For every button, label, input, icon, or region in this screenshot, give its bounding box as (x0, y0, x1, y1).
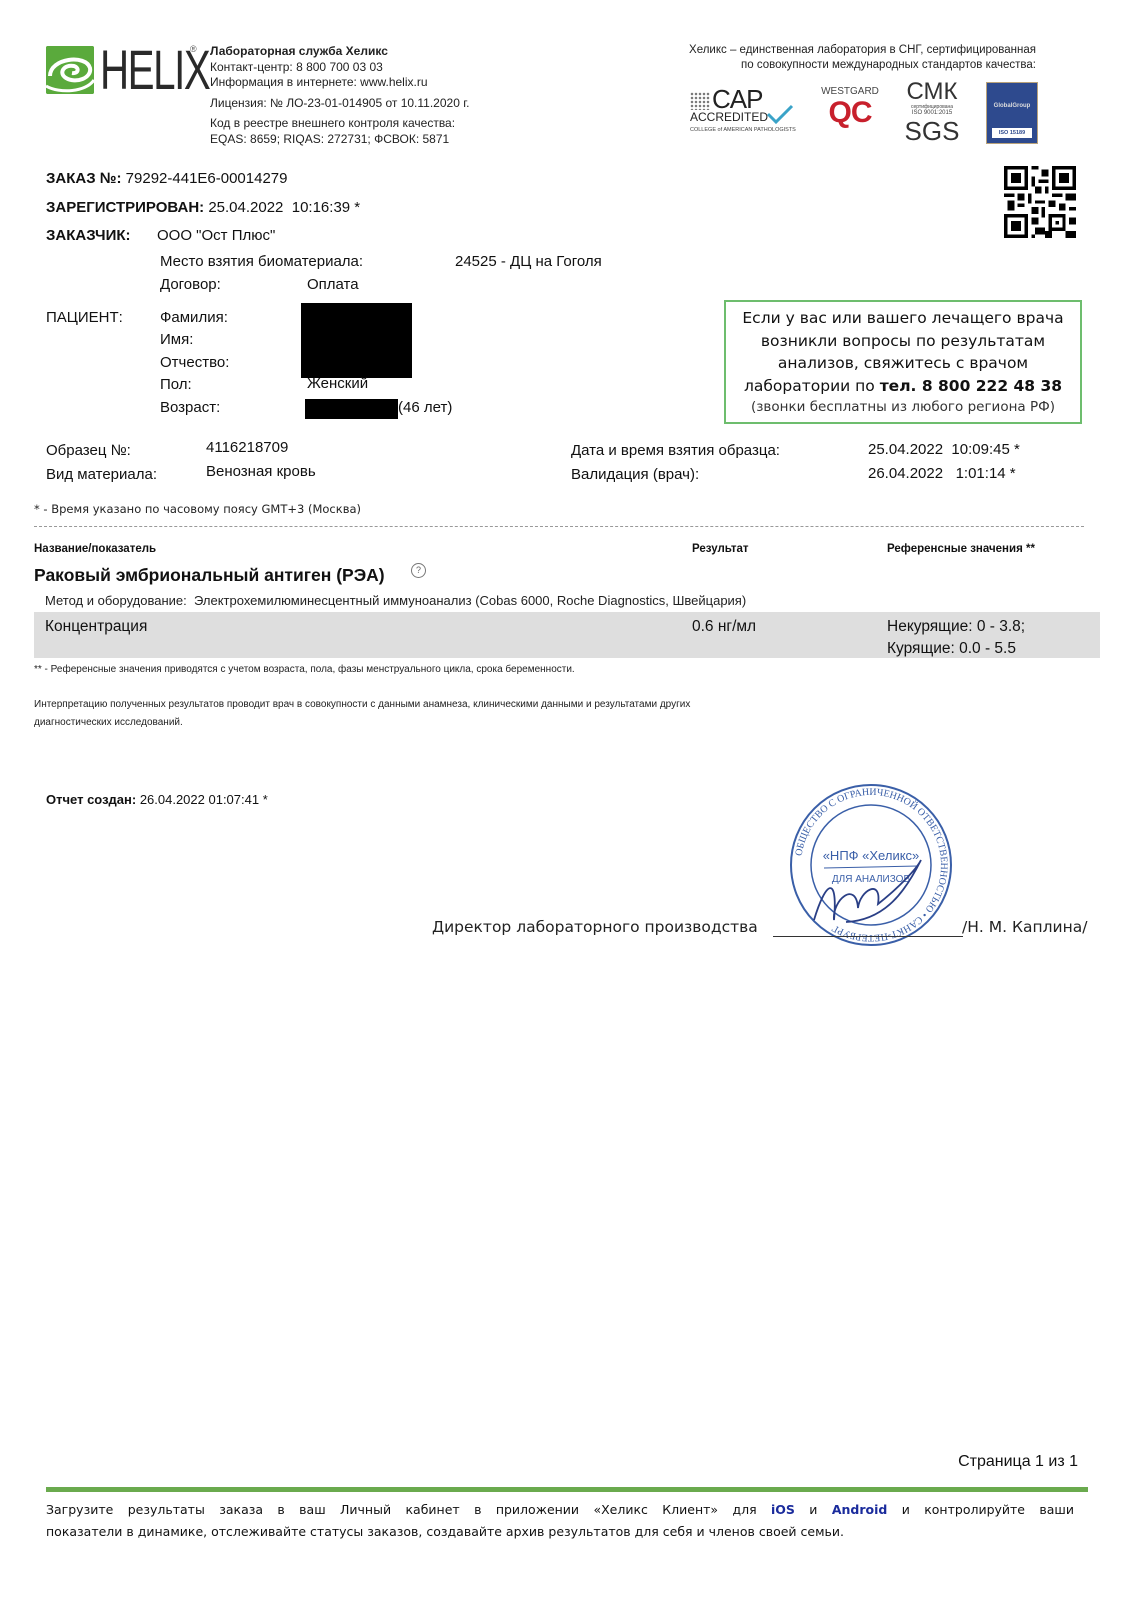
contact-center: Контакт-центр: 8 800 700 03 03 (210, 60, 469, 76)
lab-name: Лабораторная служба Хеликс (210, 44, 469, 60)
page-number: Страница 1 из 1 (958, 1453, 1078, 1471)
patronymic-label: Отчество: (160, 354, 229, 371)
registered-mark: ® (190, 44, 197, 54)
place-value: 24525 - ДЦ на Гоголя (455, 253, 602, 270)
svg-text:ДЛЯ АНАЛИЗОВ: ДЛЯ АНАЛИЗОВ (832, 874, 911, 885)
doctor-contact-box: Если у вас или вашего лечащего врача воз… (724, 300, 1082, 424)
svg-text:ОБЩЕСТВО С ОГРАНИЧЕННОЙ ОТВЕТС: ОБЩЕСТВО С ОГРАНИЧЕННОЙ ОТВЕТСТВЕННОСТЬЮ… (794, 787, 949, 943)
method-info: Метод и оборудование: Электрохемилюминес… (45, 593, 746, 608)
col-header-reference: Референсные значения ** (887, 543, 1035, 555)
sample-taken-label: Дата и время взятия образца: (571, 442, 780, 459)
timezone-note: * - Время указано по часовому поясу GMT+… (34, 502, 361, 516)
signature-line (773, 936, 963, 937)
certification-text: Хеликс – единственная лаборатория в СНГ,… (689, 43, 1036, 73)
helix-logo-mark (46, 46, 94, 94)
age-value: (46 лет) (398, 399, 452, 416)
redacted-birthdate (305, 399, 398, 419)
redacted-patient-name (301, 303, 412, 378)
ios-link[interactable]: iOS (771, 1502, 795, 1517)
divider (34, 526, 1084, 527)
sex-label: Пол: (160, 376, 192, 393)
license: Лицензия: № ЛО-23-01-014905 от 10.11.202… (210, 96, 469, 112)
spiral-icon (46, 46, 94, 94)
order-number: 79292-441E6-00014279 (126, 170, 288, 187)
result-value: 0.6 нг/мл (692, 618, 756, 636)
customer-value: ООО "Ост Плюс" (157, 227, 275, 244)
svg-text:«НПФ «Хеликс»: «НПФ «Хеликс» (823, 848, 920, 863)
reference-line-1: Некурящие: 0 - 3.8; (887, 618, 1025, 636)
registered-datetime: 25.04.2022 10:16:39 * (208, 199, 360, 216)
validation-label: Валидация (врач): (571, 466, 699, 483)
contract-value: Оплата (307, 276, 359, 293)
qr-code (1004, 166, 1076, 238)
help-icon[interactable]: ? (411, 563, 426, 578)
global-group-iso-logo: GlobalGroup ISO 15189 (986, 82, 1038, 144)
report-created: Отчет создан: 26.04.2022 01:07:41 * (46, 792, 268, 807)
certification-logos: CAP ACCREDITED COLLEGE of AMERICAN PATHO… (690, 86, 1050, 148)
validation-value: 26.04.2022 1:01:14 * (868, 465, 1016, 482)
order-number-field: ЗАКАЗ №: 79292-441E6-00014279 (46, 170, 288, 187)
sex-value: Женский (307, 375, 368, 392)
surname-label: Фамилия: (160, 309, 228, 326)
interpretation-note: Интерпретацию полученных результатов про… (34, 696, 690, 732)
age-label: Возраст: (160, 399, 220, 416)
test-title: Раковый эмбриональный антиген (РЭА) (34, 565, 385, 586)
reference-note: ** - Референсные значения приводятся с у… (34, 661, 575, 679)
website: Информация в интернете: www.helix.ru (210, 75, 469, 91)
col-header-name: Название/показатель (34, 543, 156, 555)
footer-text: Загрузите результаты заказа в ваш Личный… (46, 1499, 1074, 1543)
sample-number-value: 4116218709 (206, 439, 288, 456)
contract-label: Договор: (160, 276, 221, 293)
name-label: Имя: (160, 331, 193, 348)
registered-field: ЗАРЕГИСТРИРОВАН: 25.04.2022 10:16:39 * (46, 199, 360, 216)
smk-sgs-logo: СМК сертифицирована ISO 9001:2015 SGS (903, 80, 961, 146)
registry-label: Код в реестре внешнего контроля качества… (210, 116, 469, 132)
sample-number-label: Образец №: (46, 442, 131, 459)
cap-accredited-logo: CAP ACCREDITED COLLEGE of AMERICAN PATHO… (690, 86, 800, 146)
patient-section-label: ПАЦИЕНТ: (46, 309, 123, 326)
footer-divider (46, 1487, 1088, 1492)
lab-info: Лабораторная служба Хеликс Контакт-центр… (210, 44, 469, 147)
col-header-result: Результат (692, 543, 748, 555)
company-stamp: ОБЩЕСТВО С ОГРАНИЧЕННОЙ ОТВЕТСТВЕННОСТЬЮ… (786, 780, 956, 950)
westgard-qc-logo: WESTGARD QC (818, 86, 882, 146)
material-label: Вид материала: (46, 466, 157, 483)
dots-icon (690, 92, 710, 110)
android-link[interactable]: Android (832, 1502, 888, 1517)
signature-title: Директор лабораторного производства (432, 918, 758, 936)
checkmark-icon (766, 104, 794, 126)
doctor-phone[interactable]: тел. 8 800 222 48 38 (880, 377, 1062, 395)
reference-line-2: Курящие: 0.0 - 5.5 (887, 640, 1016, 658)
signature-name: /Н. М. Каплина/ (962, 918, 1087, 936)
registry-codes: EQAS: 8659; RIQAS: 272731; ФСВОК: 5871 (210, 132, 469, 148)
result-name: Концентрация (45, 618, 147, 636)
place-label: Место взятия биоматериала: (160, 253, 363, 270)
material-value: Венозная кровь (206, 463, 316, 480)
customer-field: ЗАКАЗЧИК: (46, 227, 131, 244)
sample-taken-value: 25.04.2022 10:09:45 * (868, 441, 1020, 458)
